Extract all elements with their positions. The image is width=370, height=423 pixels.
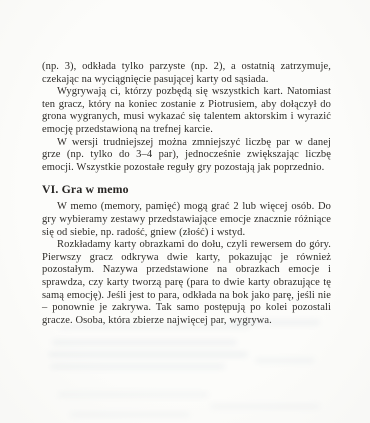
paragraph-continuation: (np. 3), odkłada tylko parzyste (np. 2),… (42, 61, 331, 86)
ghost-text-smudge (58, 392, 208, 397)
paragraph-memo-intro: W memo (memory, pamięć) mogą grać 2 lub … (42, 201, 331, 239)
ghost-text-smudge (50, 364, 225, 369)
paragraph-memo-rules: Rozkładamy karty obrazkami do dołu, czyl… (42, 239, 331, 327)
ghost-text-smudge (70, 412, 190, 417)
ghost-text-smudge (255, 358, 315, 363)
ghost-text-smudge (52, 340, 237, 345)
page-text-block: (np. 3), odkłada tylko parzyste (np. 2),… (42, 61, 331, 327)
paragraph-wygrywaja: Wygrywają ci, którzy pozbędą się wszystk… (42, 86, 331, 136)
scanned-book-page: (np. 3), odkłada tylko parzyste (np. 2),… (0, 0, 370, 423)
paragraph-wersja-trudniejsza: W wersji trudniejszej można zmniejszyć l… (42, 137, 331, 175)
ghost-text-smudge (48, 352, 248, 357)
ghost-text-smudge (210, 404, 320, 409)
section-heading: VI. Gra w memo (42, 183, 331, 196)
